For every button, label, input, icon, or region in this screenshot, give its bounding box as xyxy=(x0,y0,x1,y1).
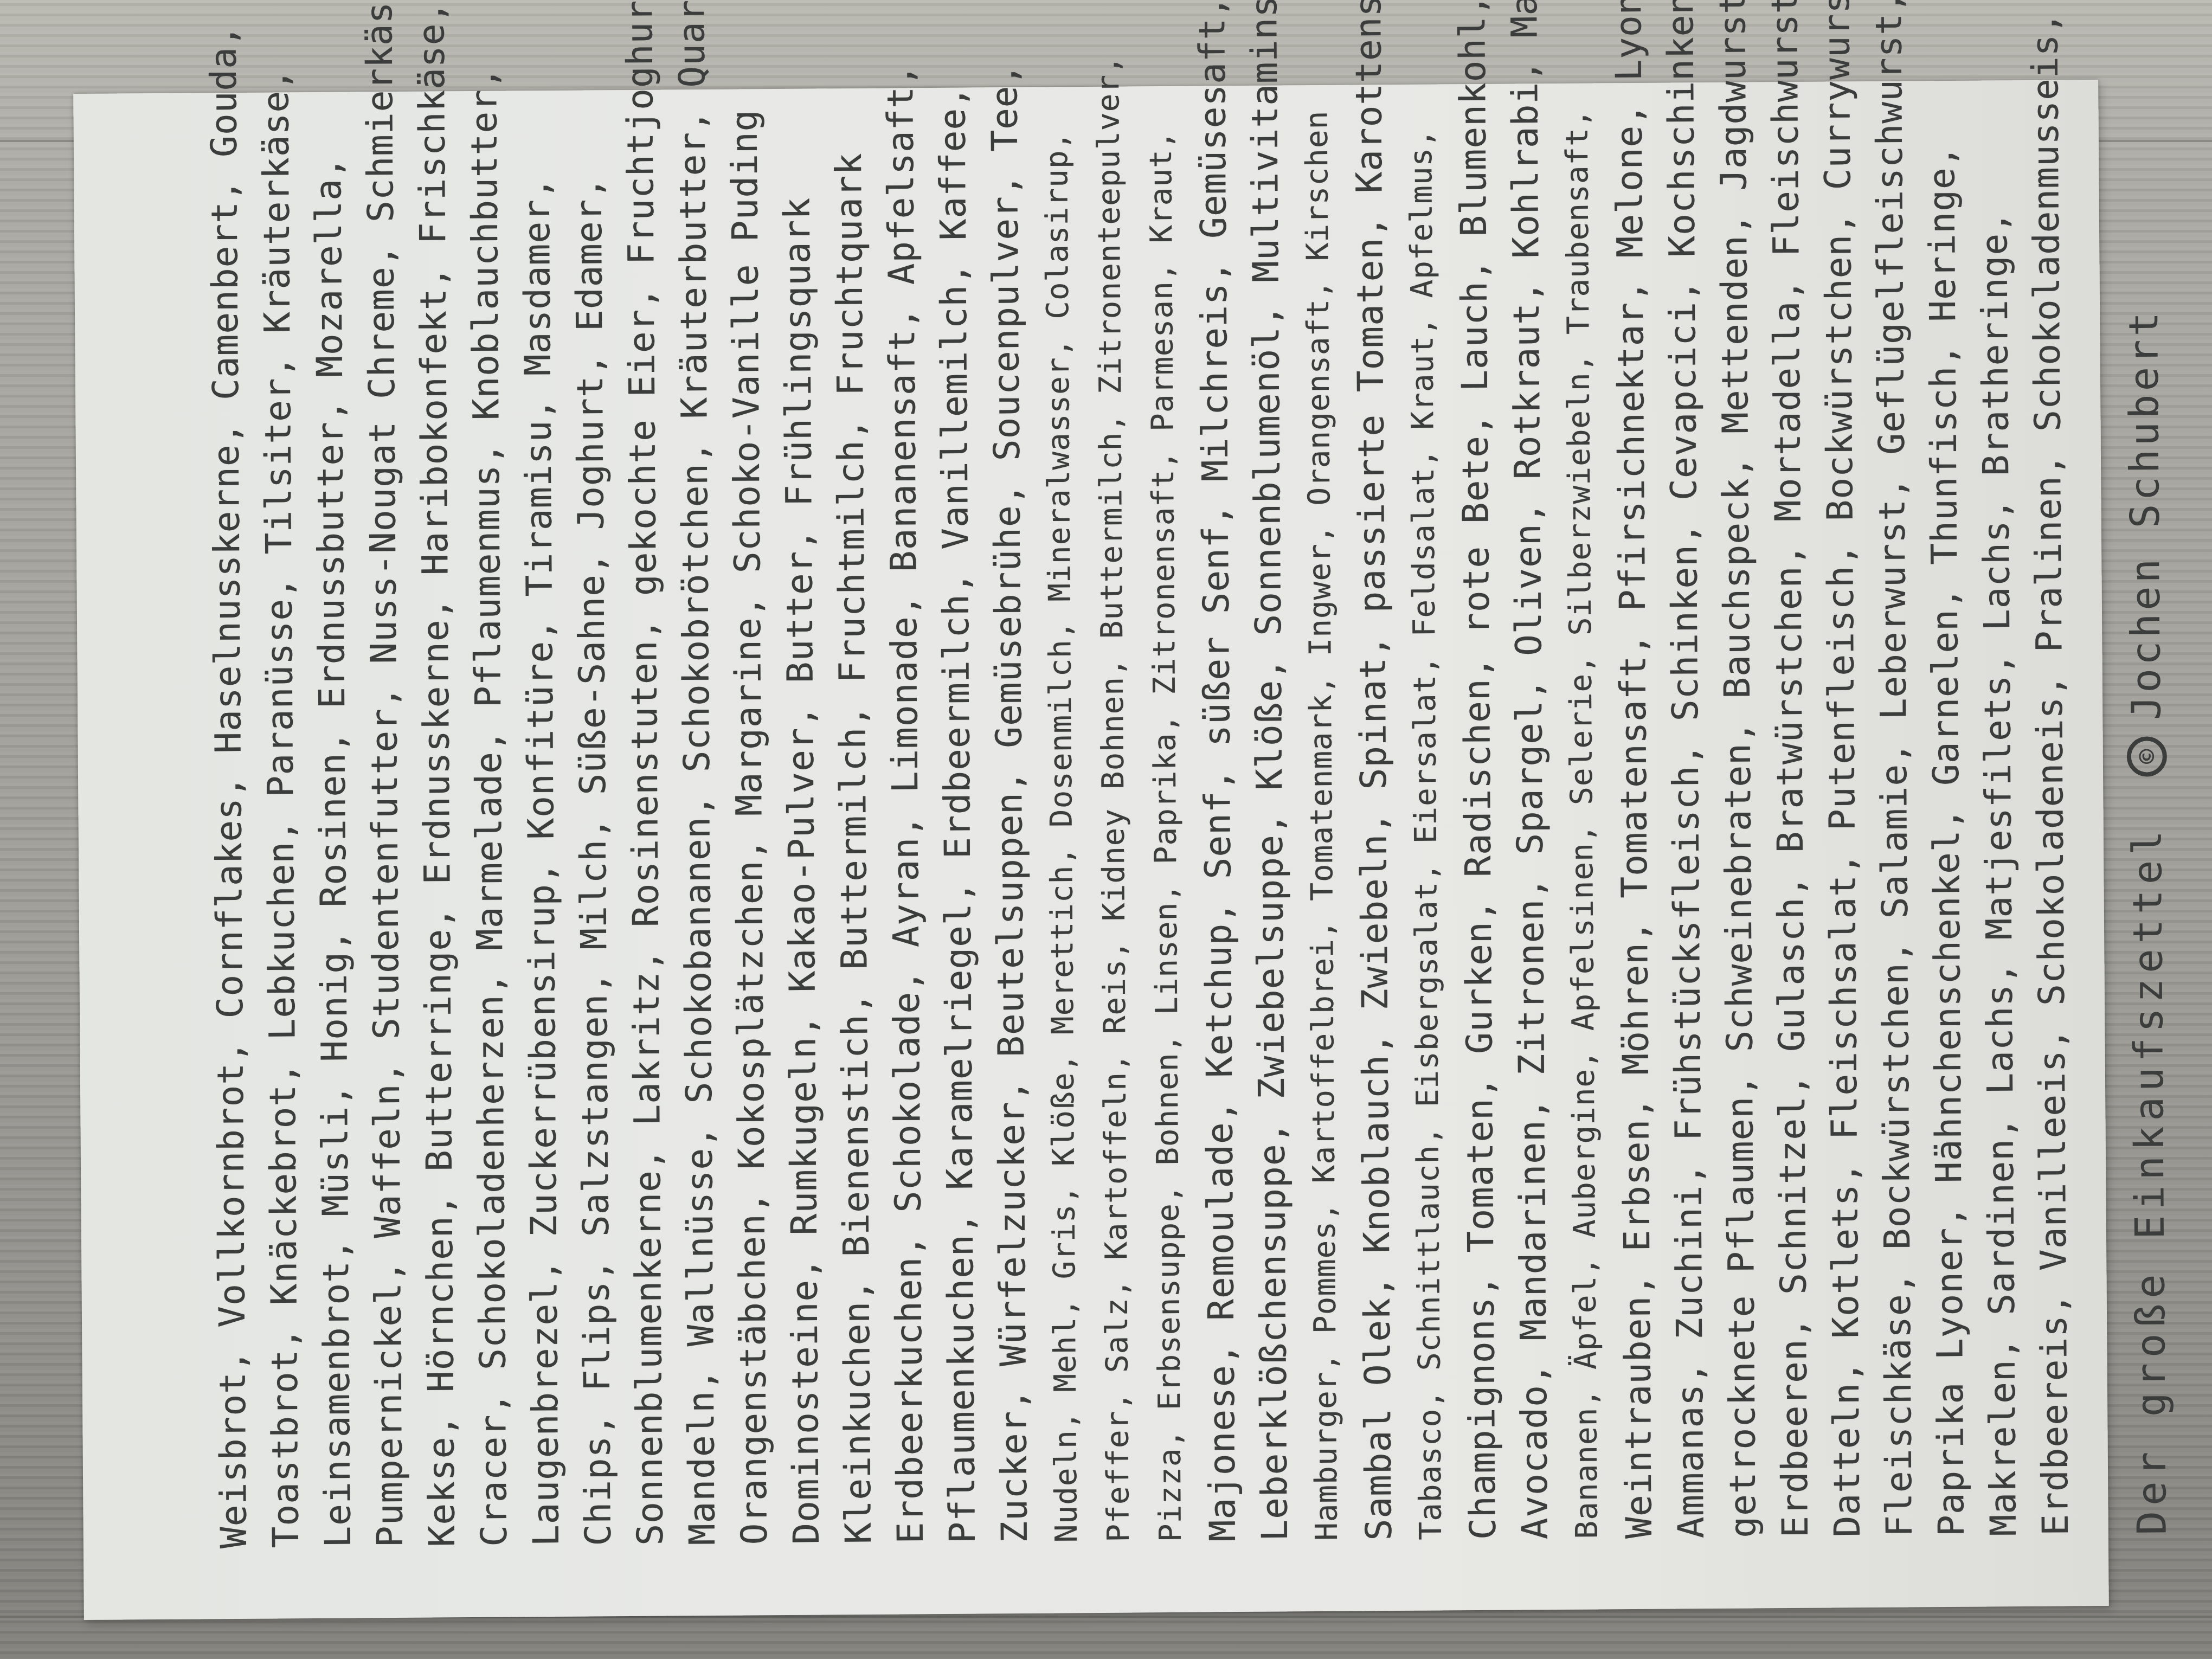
list-line: Pfeffer, Salz, Kartoffeln, Reis, Kidney … xyxy=(1083,151,1145,1542)
list-line: Bananen, Äpfel, Aubergine, Apfelsinen, S… xyxy=(1552,148,1613,1539)
list-line: Majonese, Remoulade, Ketchup, Senf, süße… xyxy=(1187,151,1249,1542)
list-line: Toastbrot, Knäckebrot, Lebkuchen, Paranü… xyxy=(250,157,312,1548)
list-line: Laugenbrezel, Zuckerrübensirup, Konfitür… xyxy=(511,156,573,1547)
list-line: Avocado, Mandarinen, Zitronen, Spargel, … xyxy=(1500,149,1561,1540)
copyright-notice: © Jochen Schubert xyxy=(2120,309,2170,777)
list-line: Champignons, Tomaten, Gurken, Radischen,… xyxy=(1448,149,1509,1540)
list-line: Pizza, Erbsensuppe, Bohnen, Linsen, Papr… xyxy=(1135,151,1197,1542)
list-line: Nudeln, Mehl, Gris, Klöße, Merettich, Do… xyxy=(1031,152,1093,1543)
list-line: Sonnenblumenkerne, Lakritz, Rosinenstute… xyxy=(615,155,677,1546)
handwritten-text-area: Weisbrot, Vollkornbrot, Cornflakes, Hase… xyxy=(73,80,2109,1620)
list-footer: Der große Einkaufszettel © Jochen Schube… xyxy=(2110,144,2185,1535)
list-line: Ammanas, Zuchini, Frühstücksfleisch, Sch… xyxy=(1656,147,1718,1539)
author-name: Jochen Schubert xyxy=(2120,309,2170,721)
list-line: Zucker, Würfelzucker, Beutelsuppen, Gemü… xyxy=(979,152,1041,1544)
list-line: Erdbeereis, Vanilleeis, Schokoladeneis, … xyxy=(2020,145,2082,1536)
shopping-list-lines: Weisbrot, Vollkornbrot, Cornflakes, Hase… xyxy=(198,145,2082,1548)
list-line: Dominosteine, Rumkugeln, Kakao-Pulver, B… xyxy=(771,153,833,1545)
list-line: Datteln, Kotlets, Fleischsalat, Putenfle… xyxy=(1812,146,1874,1538)
list-line: Leinsamenbrot, Müsli, Honig, Rosinen, Er… xyxy=(303,157,364,1548)
list-line: Kleinkuchen, Bienenstich, Buttermilch, F… xyxy=(823,153,885,1545)
list-line: Paprika Lyoner, Hähnchenschenkel, Garnel… xyxy=(1916,146,1978,1537)
list-line: Chips, Flips, Salzstangen, Milch, Süße-S… xyxy=(563,155,625,1546)
list-line: Orangenstäbchen, Kokosplätzchen, Margari… xyxy=(719,154,781,1545)
list-line: Leberklößchensuppe, Zwiebelsuppe, Klöße,… xyxy=(1239,150,1301,1541)
list-line: Tabasco, Schnittlauch, Eisbergsalat, Eie… xyxy=(1396,149,1457,1540)
list-line: Cracer, Schokoladenherzen, Marmelade, Pf… xyxy=(459,156,520,1547)
list-line: getrocknete Pflaumen, Schweinebraten, Ba… xyxy=(1708,147,1770,1538)
list-title: Der große Einkaufszettel xyxy=(2124,825,2176,1535)
list-line: Kekse, Hörnchen, Butterringe, Erdnussker… xyxy=(407,156,468,1547)
shopping-list-paper: Weisbrot, Vollkornbrot, Cornflakes, Hase… xyxy=(73,80,2109,1620)
list-line: Makrelen, Sardinen, Lachs, Matjesfilets,… xyxy=(1968,145,2030,1536)
list-line: Sambal Olek, Knoblauch, Zwiebeln, Spinat… xyxy=(1343,150,1405,1541)
list-line: Mandeln, Wallnüsse, Schokobananen, Schok… xyxy=(667,155,729,1546)
list-line: Pflaumenkuchen, Karamelriegel, Erdbeermi… xyxy=(927,152,989,1544)
list-line: Weisbrot, Vollkornbrot, Cornflakes, Hase… xyxy=(198,158,260,1549)
list-line: Fleischkäse, Bockwürstchen, Salamie, Leb… xyxy=(1864,146,1926,1537)
list-line: Pumpernickel, Waffeln, Studentenfutter, … xyxy=(355,157,416,1548)
copyright-icon: © xyxy=(2127,736,2168,777)
list-line: Erdbeerkuchen, Schokolade, Ayran, Limona… xyxy=(875,153,937,1544)
list-line: Weintrauben, Erbsen, Möhren, Tomatensaft… xyxy=(1604,148,1666,1539)
list-line: Hamburger, Pommes, Kartoffelbrei, Tomate… xyxy=(1291,150,1353,1541)
list-line: Erdbeeren, Schnitzel, Gulasch, Bratwürst… xyxy=(1760,147,1822,1538)
